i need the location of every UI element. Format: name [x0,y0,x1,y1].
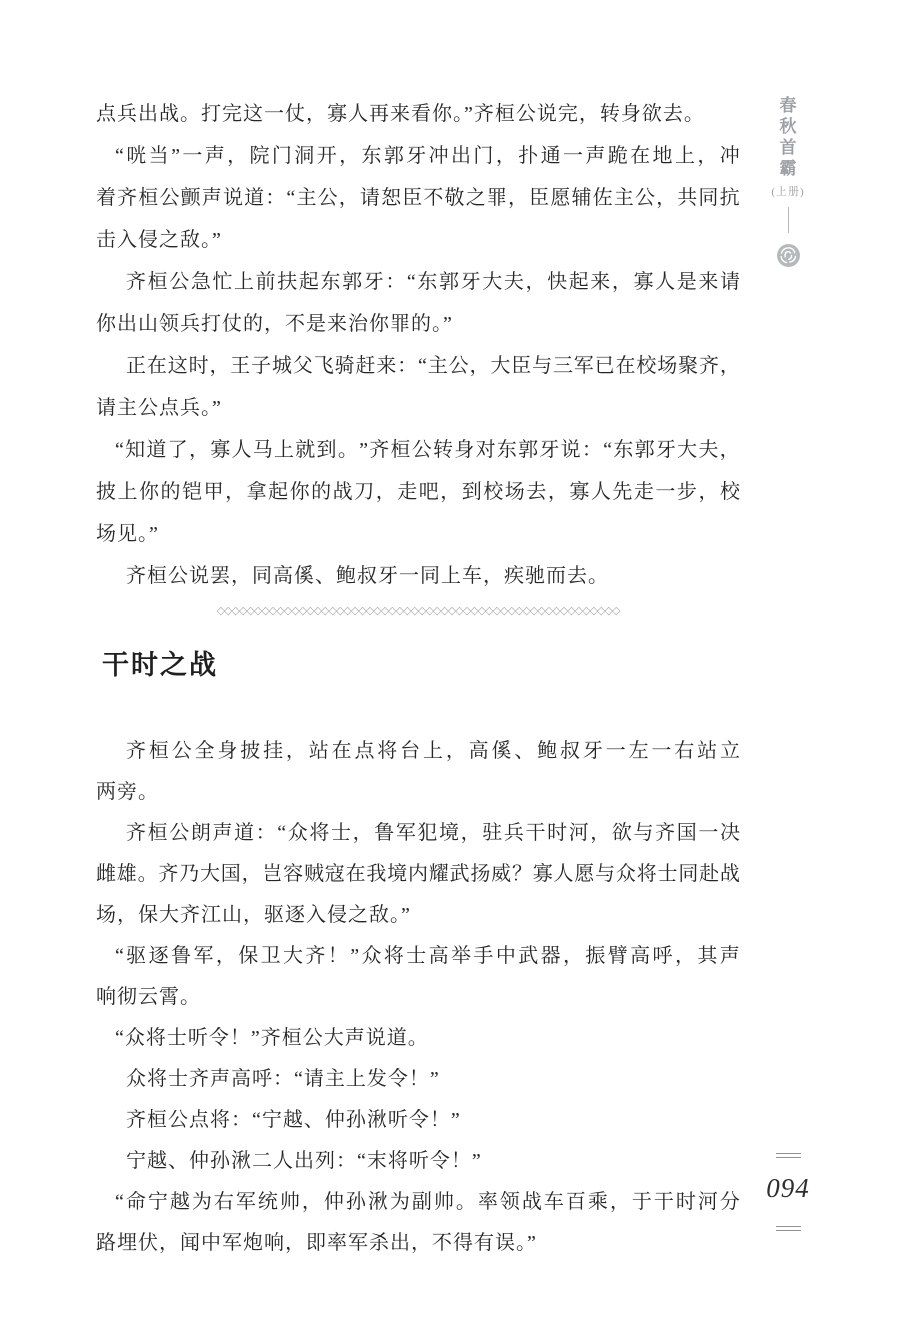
text-line: 雌雄。齐乃大国，岂容贼寇在我境内耀武扬威？寡人愿与众将士同赴战 [96,854,740,895]
text-line: 请主公点兵。” [96,387,740,429]
page-number: 094 [760,1175,816,1202]
text-line: 点兵出战。打完这一仗，寡人再来看你。”齐桓公说完，转身欲去。 [96,93,740,135]
book-page: 点兵出战。打完这一仗，寡人再来看你。”齐桓公说完，转身欲去。“咣当”一声，院门洞… [0,0,913,1338]
text-line: 齐桓公全身披挂，站在点将台上，高傒、鲍叔牙一左一右站立 [96,731,740,772]
text-line: 场，保大齐江山，驱逐入侵之敌。” [96,895,740,936]
text-line: “咣当”一声，院门洞开，东郭牙冲出门，扑通一声跪在地上，冲 [96,135,740,177]
double-rule-top [776,1153,801,1158]
text-line: 齐桓公点将：“宁越、仲孙湫听令！” [96,1100,740,1141]
text-line: 披上你的铠甲，拿起你的战刀，走吧，到校场去，寡人先走一步，校 [96,471,740,513]
book-title-char: 秋 [768,117,808,138]
double-rule-bottom [776,1226,801,1231]
text-line: 齐桓公急忙上前扶起东郭牙：“东郭牙大夫，快起来，寡人是来请 [96,261,740,303]
section-heading: 干时之战 [102,648,218,682]
book-title-char: 春 [768,96,808,117]
text-line: “众将士听令！”齐桓公大声说道。 [96,1018,740,1059]
text-line: 击入侵之敌。” [96,219,740,261]
text-line: “命宁越为右军统帅，仲孙湫为副帅。率领战车百乘，于干时河分 [96,1182,740,1223]
text-line: 着齐桓公颤声说道：“主公，请恕臣不敬之罪，臣愿辅佐主公，共同抗 [96,177,740,219]
text-line: 你出山领兵打仗的，不是来治你罪的。” [96,303,740,345]
text-line: 路埋伏，闻中军炮响，即率军杀出，不得有误。” [96,1223,740,1264]
text-line: “知道了，寡人马上就到。”齐桓公转身对东郭牙说：“东郭牙大夫， [96,429,740,471]
text-line: 两旁。 [96,772,740,813]
text-line: 正在这时，王子城父飞骑赶来：“主公，大臣与三军已在校场聚齐， [96,345,740,387]
text-line: 响彻云霄。 [96,977,740,1018]
seal-icon [776,243,801,268]
margin-header: 春 秋 首 霸 (上册) [768,96,808,268]
text-line: 众将士齐声高呼：“请主上发令！” [96,1059,740,1100]
volume-label: (上册) [768,185,808,199]
text-line: 场见。” [96,513,740,555]
book-title-char: 霸 [768,159,808,180]
paragraph-block-top: 点兵出战。打完这一仗，寡人再来看你。”齐桓公说完，转身欲去。“咣当”一声，院门洞… [96,93,740,597]
section-divider: ◇◇◇◇◇◇◇◇◇◇◇◇◇◇◇◇◇◇◇◇◇◇◇◇◇◇◇◇◇◇◇◇◇◇◇◇◇◇◇◇… [96,602,740,620]
vertical-rule [788,207,789,233]
text-line: 齐桓公说罢，同高傒、鲍叔牙一同上车，疾驰而去。 [96,555,740,597]
page-number-block: 094 [760,1153,816,1231]
paragraph-block-bottom: 齐桓公全身披挂，站在点将台上，高傒、鲍叔牙一左一右站立两旁。齐桓公朗声道：“众将… [96,731,740,1264]
text-line: 宁越、仲孙湫二人出列：“末将听令！” [96,1141,740,1182]
book-title-char: 首 [768,138,808,159]
text-line: “驱逐鲁军，保卫大齐！”众将士高举手中武器，振臂高呼，其声 [96,936,740,977]
text-line: 齐桓公朗声道：“众将士，鲁军犯境，驻兵干时河，欲与齐国一决 [96,813,740,854]
